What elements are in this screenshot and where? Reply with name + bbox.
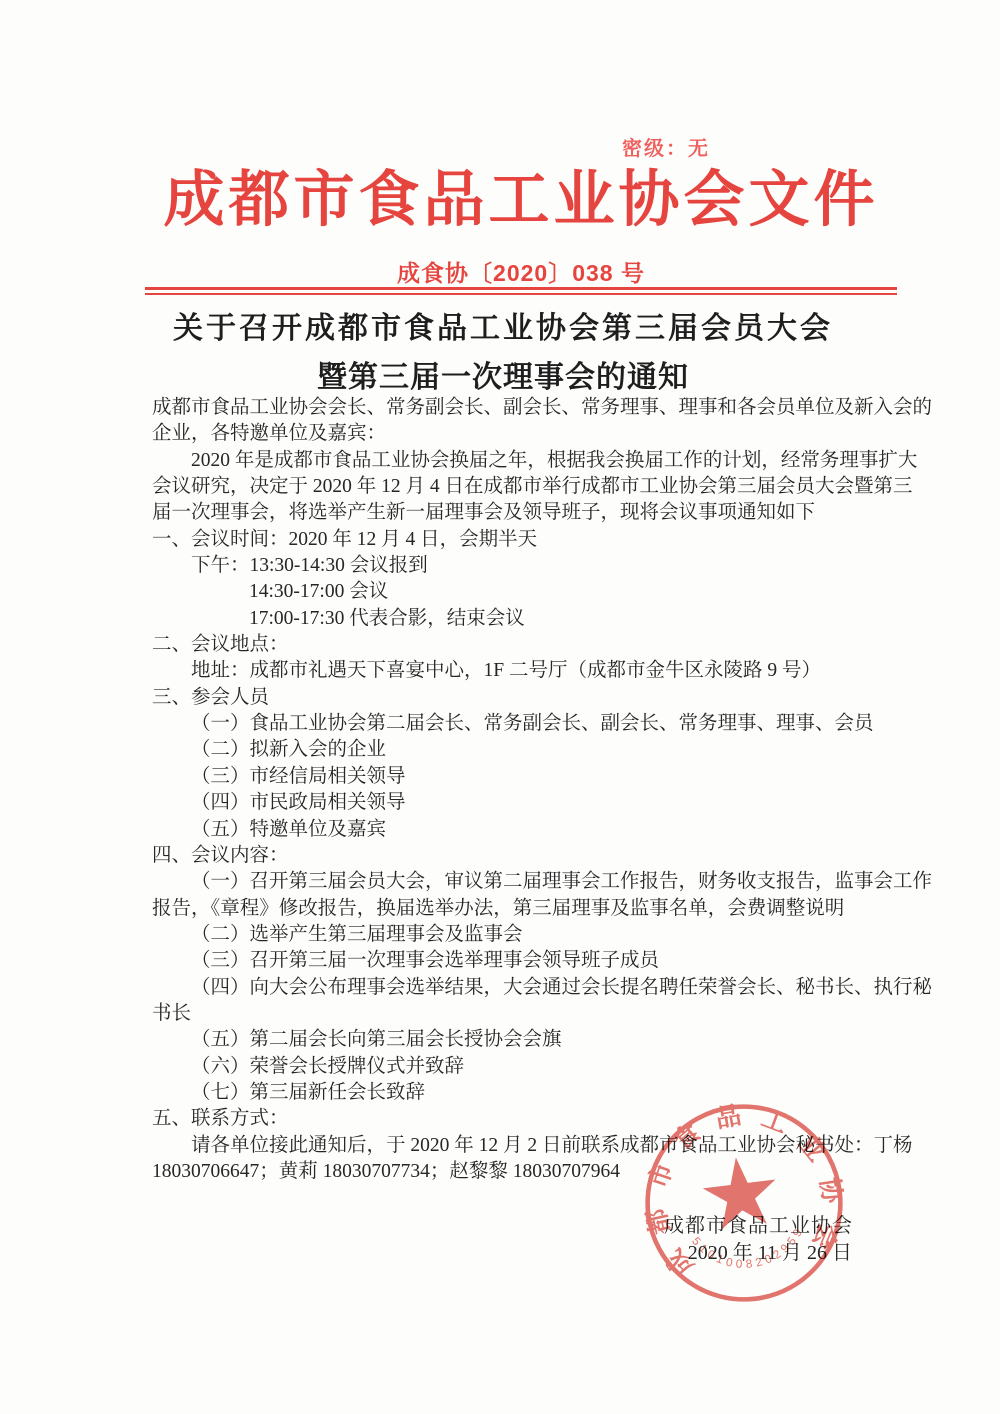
body-line: 四、会议内容：	[152, 843, 862, 869]
body-line: （七）第三届新任会长致辞	[152, 1080, 862, 1106]
red-divider-rule	[145, 287, 897, 295]
notice-title-line1: 关于召开成都市食品工业协会第三届会员大会	[147, 303, 859, 347]
body-line: （三）召开第三届一次理事会选举理事会领导班子成员	[152, 948, 862, 974]
body-line: 报告，《章程》修改报告，换届选举办法，第三届理事及监事名单，会费调整说明	[152, 896, 862, 922]
notice-title-line2: 暨第三届一次理事会的通知	[147, 352, 859, 396]
security-level-label: 密级：无	[622, 132, 710, 161]
body-line: 请各单位接此通知后，于 2020 年 12 月 2 日前联系成都市食品工业协会秘…	[152, 1133, 862, 1159]
body-line: 一、会议时间：2020 年 12 月 4 日，会期半天	[152, 527, 862, 553]
letterhead-title: 成都市食品工业协会文件	[145, 164, 897, 237]
body-line: （五）特邀单位及嘉宾	[152, 817, 862, 843]
body-line: 14:30-17:00 会议	[152, 579, 862, 605]
notice-body: 成都市食品工业协会会长、常务副会长、副会长、常务理事、理事和各会员单位及新入会的…	[152, 395, 862, 1185]
body-line: 届一次理事会，将选举产生新一届理事会及领导班子，现将会议事项通知如下	[152, 500, 862, 526]
body-line: 会议研究，决定于 2020 年 12 月 4 日在成都市举行成都市工业协会第三届…	[152, 474, 862, 500]
body-line: （六）荣誉会长授牌仪式并致辞	[152, 1054, 862, 1080]
body-line: （二）选举产生第三届理事会及监事会	[152, 922, 862, 948]
body-line: 地址：成都市礼遇天下喜宴中心，1F 二号厅（成都市金牛区永陵路 9 号）	[152, 658, 862, 684]
body-line: 下午：13:30-14:30 会议报到	[152, 553, 862, 579]
body-line: （四）向大会公布理事会选举结果，大会通过会长提名聘任荣誉会长、秘书长、执行秘	[152, 975, 862, 1001]
body-line: （一）食品工业协会第二届会长、常务副会长、副会长、常务理事、理事、会员	[152, 711, 862, 737]
body-line: 企业，各特邀单位及嘉宾：	[152, 421, 862, 447]
signature-organization: 成都市食品工业协会	[664, 1209, 853, 1238]
body-line: 书长	[152, 1001, 862, 1027]
body-line: （四）市民政局相关领导	[152, 790, 862, 816]
body-line: 18030706647；黄莉 18030707734；赵黎黎 180307079…	[152, 1159, 862, 1185]
body-line: 成都市食品工业协会会长、常务副会长、副会长、常务理事、理事和各会员单位及新入会的	[152, 395, 862, 421]
body-line: 五、联系方式：	[152, 1106, 862, 1132]
body-line: （二）拟新入会的企业	[152, 737, 862, 763]
body-line: （三）市经信局相关领导	[152, 764, 862, 790]
body-line: （一）召开第三届会员大会，审议第二届理事会工作报告，财务收支报告，监事会工作	[152, 869, 862, 895]
document-page: 密级：无 成都市食品工业协会文件 成食协〔2020〕038 号 关于召开成都市食…	[0, 0, 1000, 1414]
body-line: 二、会议地点：	[152, 632, 862, 658]
body-line: （五）第二届会长向第三届会长授协会会旗	[152, 1027, 862, 1053]
document-number: 成食协〔2020〕038 号	[145, 255, 897, 288]
body-line: 17:00-17:30 代表合影，结束会议	[152, 606, 862, 632]
body-line: 2020 年是成都市食品工业协会换届之年，根据我会换届工作的计划，经常务理事扩大	[152, 448, 862, 474]
body-line: 三、参会人员	[152, 685, 862, 711]
signature-date: 2020 年 11 月 26 日	[688, 1236, 852, 1265]
